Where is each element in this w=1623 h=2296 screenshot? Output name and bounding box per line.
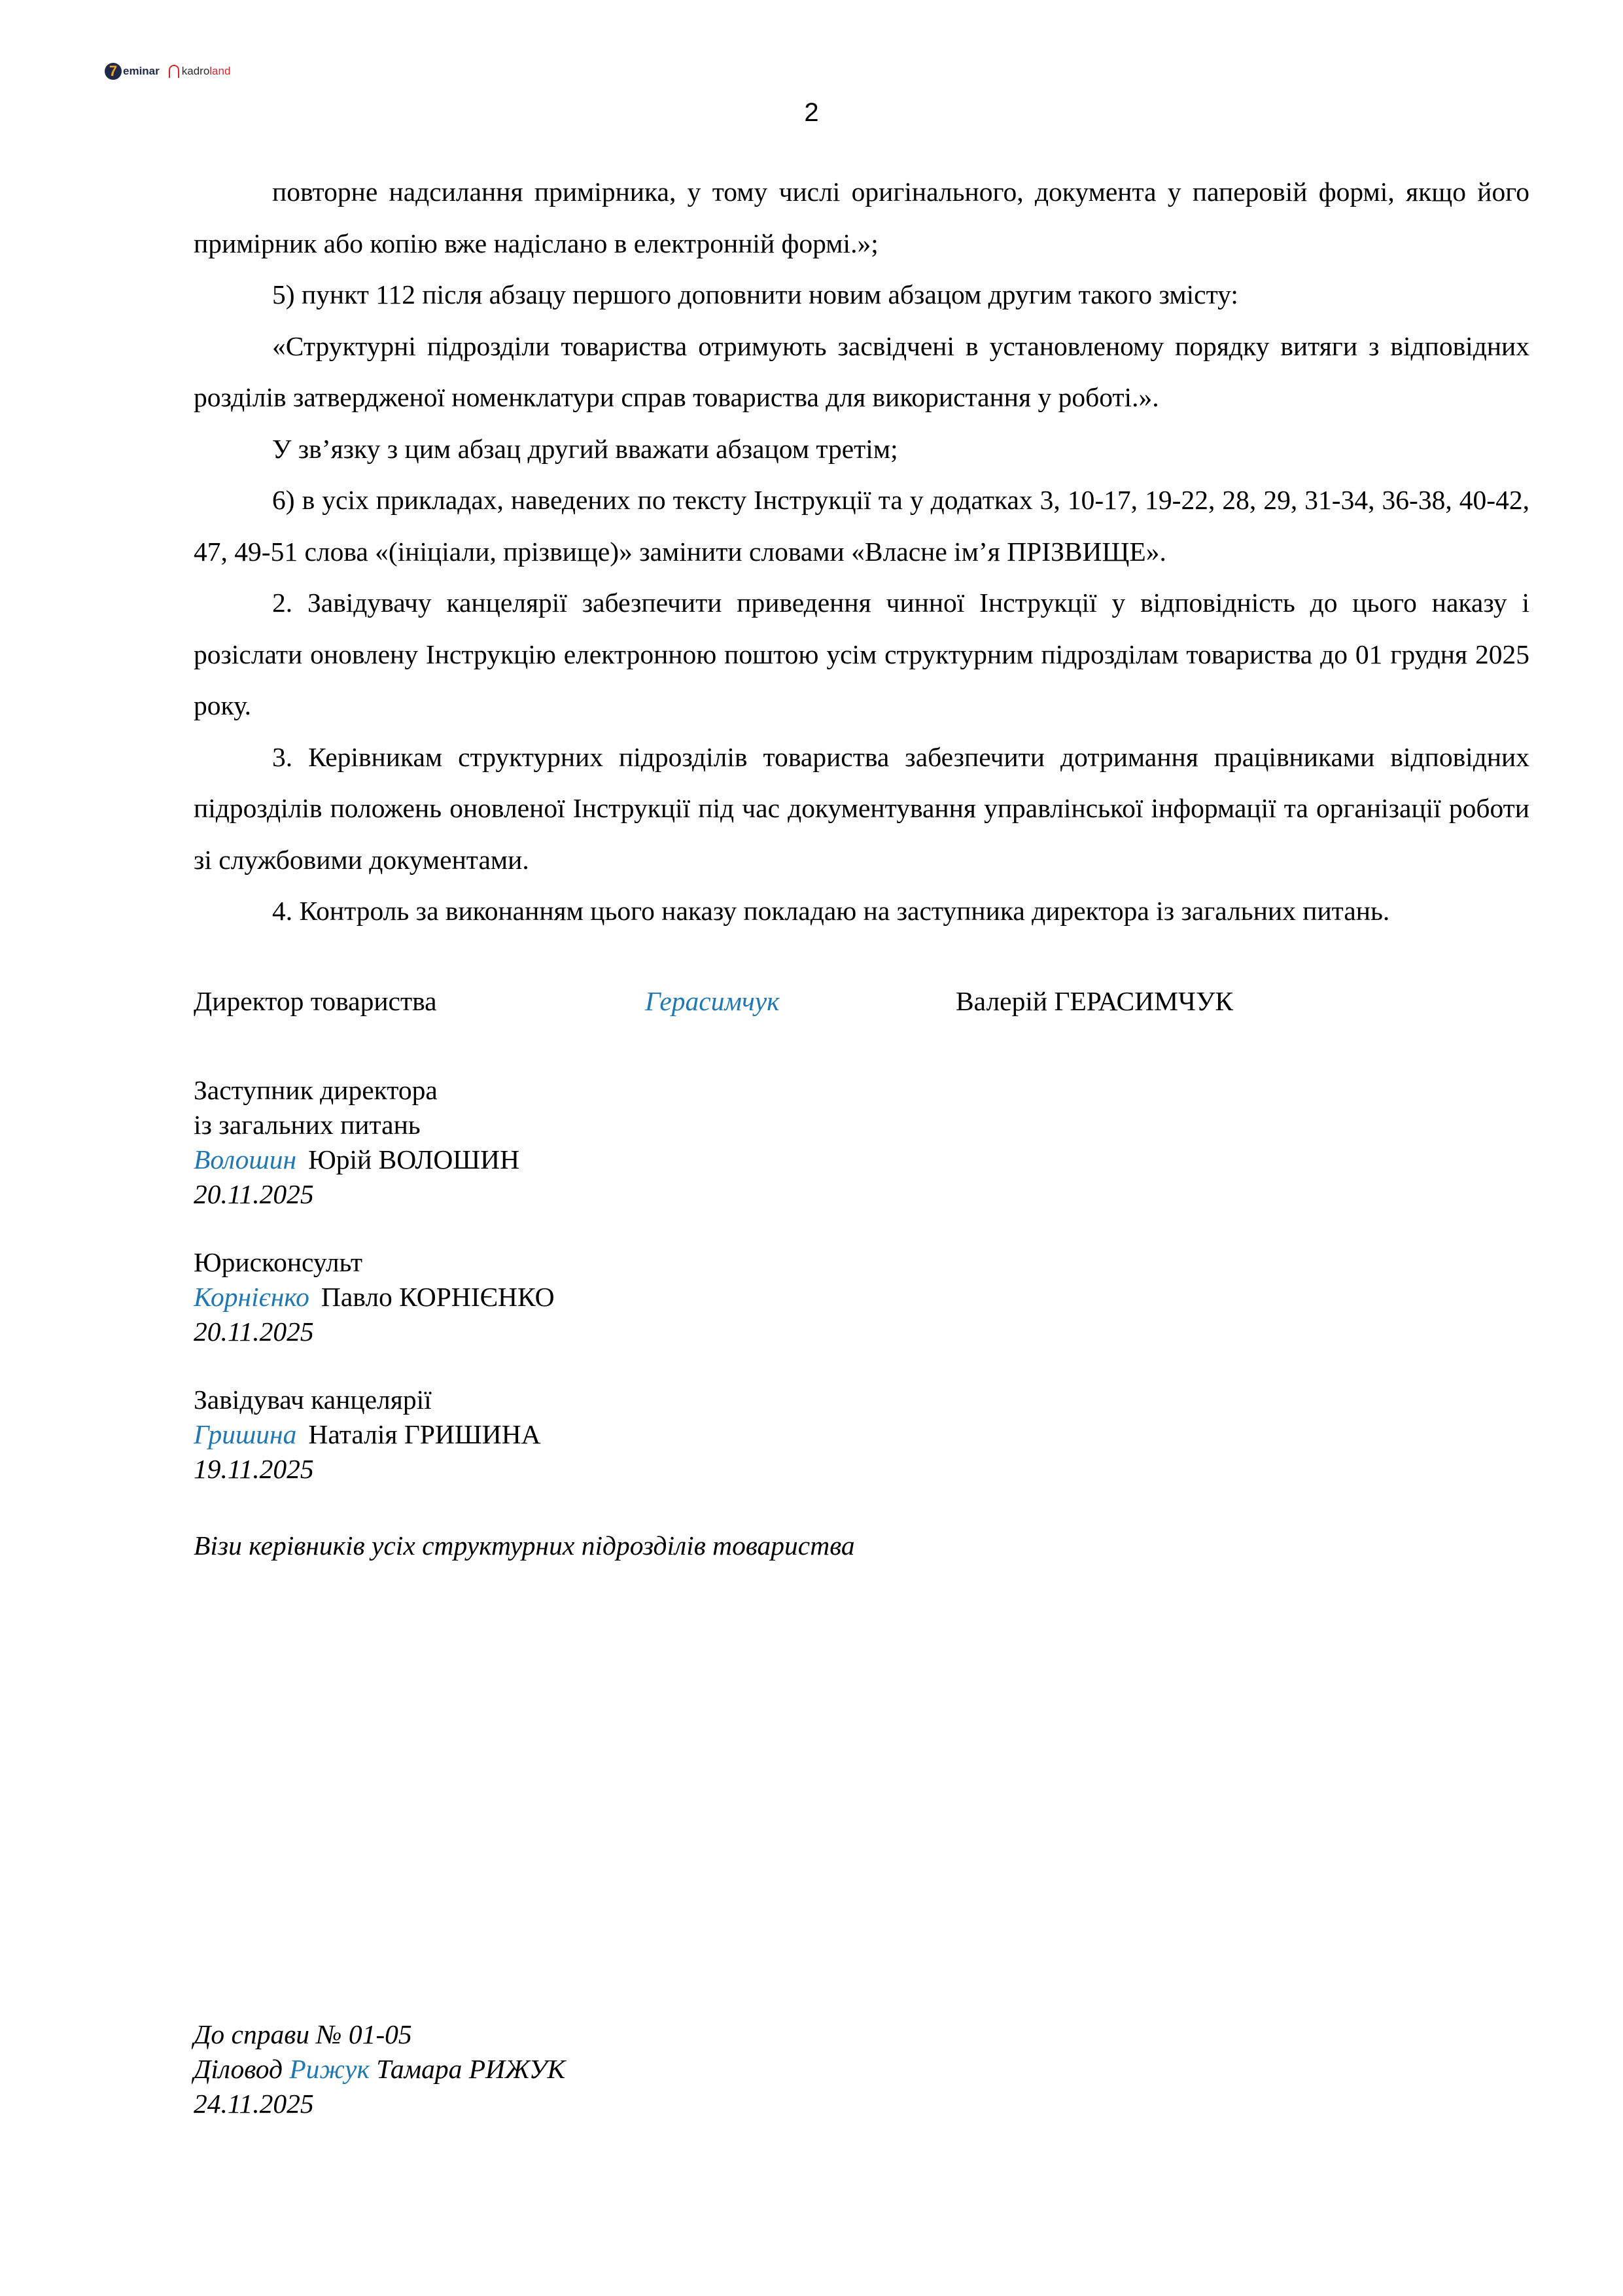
visa-name: Юрій ВОЛОШИН bbox=[308, 1144, 519, 1174]
kadroland-logo-text-accent: land bbox=[209, 65, 230, 78]
kadroland-house-icon bbox=[169, 65, 179, 78]
paragraph: 2. Завідувачу канцелярії забезпечити при… bbox=[194, 577, 1529, 732]
kadroland-logo: kadroland bbox=[169, 65, 231, 78]
page-number: 2 bbox=[0, 98, 1623, 128]
case-line: До справи № 01-05 bbox=[194, 2017, 565, 2052]
paragraph: повторне надсилання примірника, у тому ч… bbox=[194, 166, 1529, 269]
visa-signature: Корнієнко bbox=[194, 1282, 309, 1312]
visa-signature: Гришина bbox=[194, 1419, 296, 1449]
kadroland-logo-text-dark: kadro bbox=[182, 65, 210, 78]
visas-note: Візи керівників усіх структурних підрозд… bbox=[194, 1530, 855, 1561]
visa-legal-counsel: Юрисконсульт КорнієнкоПавло КОРНІЄНКО 20… bbox=[194, 1245, 555, 1349]
order-body: повторне надсилання примірника, у тому ч… bbox=[194, 166, 1529, 937]
archive-note: До справи № 01-05 Діловод Рижук Тамара Р… bbox=[194, 2017, 565, 2121]
seminar-logo-icon: 7 bbox=[105, 63, 122, 80]
visa-position: Заступник директора bbox=[194, 1073, 519, 1108]
visa-name: Наталія ГРИШИНА bbox=[308, 1419, 540, 1449]
visa-position: Юрисконсульт bbox=[194, 1245, 555, 1280]
paragraph: 6) в усіх прикладах, наведених по тексту… bbox=[194, 474, 1529, 577]
visa-date: 20.11.2025 bbox=[194, 1315, 555, 1349]
clerk-name: Тамара РИЖУК bbox=[376, 2054, 565, 2084]
visa-date: 20.11.2025 bbox=[194, 1177, 519, 1212]
seminar-logo: 7 eminar bbox=[105, 63, 160, 80]
director-position: Директор товариства bbox=[194, 981, 437, 1021]
archive-date: 24.11.2025 bbox=[194, 2087, 565, 2121]
visa-deputy-director: Заступник директора із загальних питань … bbox=[194, 1073, 519, 1212]
paragraph: У зв’язку з цим абзац другий вважати абз… bbox=[194, 423, 1529, 475]
visa-name: Павло КОРНІЄНКО bbox=[321, 1282, 555, 1312]
paragraph: 3. Керівникам структурних підрозділів то… bbox=[194, 732, 1529, 886]
director-signature: Герасимчук bbox=[645, 981, 780, 1021]
visa-position: Завідувач канцелярії bbox=[194, 1383, 541, 1417]
paragraph: 4. Контроль за виконанням цього наказу п… bbox=[194, 885, 1529, 937]
paragraph: «Структурні підрозділи товариства отриму… bbox=[194, 321, 1529, 423]
paragraph: 5) пункт 112 після абзацу першого доповн… bbox=[194, 269, 1529, 321]
visa-date: 19.11.2025 bbox=[194, 1452, 541, 1487]
header-logos: 7 eminar kadroland bbox=[105, 63, 230, 80]
clerk-position: Діловод bbox=[194, 2054, 283, 2084]
seminar-logo-text: eminar bbox=[123, 65, 160, 78]
visa-position: із загальних питань bbox=[194, 1108, 519, 1142]
visa-signature: Волошин bbox=[194, 1144, 296, 1174]
visa-office-head: Завідувач канцелярії ГришинаНаталія ГРИШ… bbox=[194, 1383, 541, 1487]
director-name: Валерій ГЕРАСИМЧУК bbox=[956, 981, 1233, 1021]
clerk-signature: Рижук bbox=[289, 2054, 370, 2084]
